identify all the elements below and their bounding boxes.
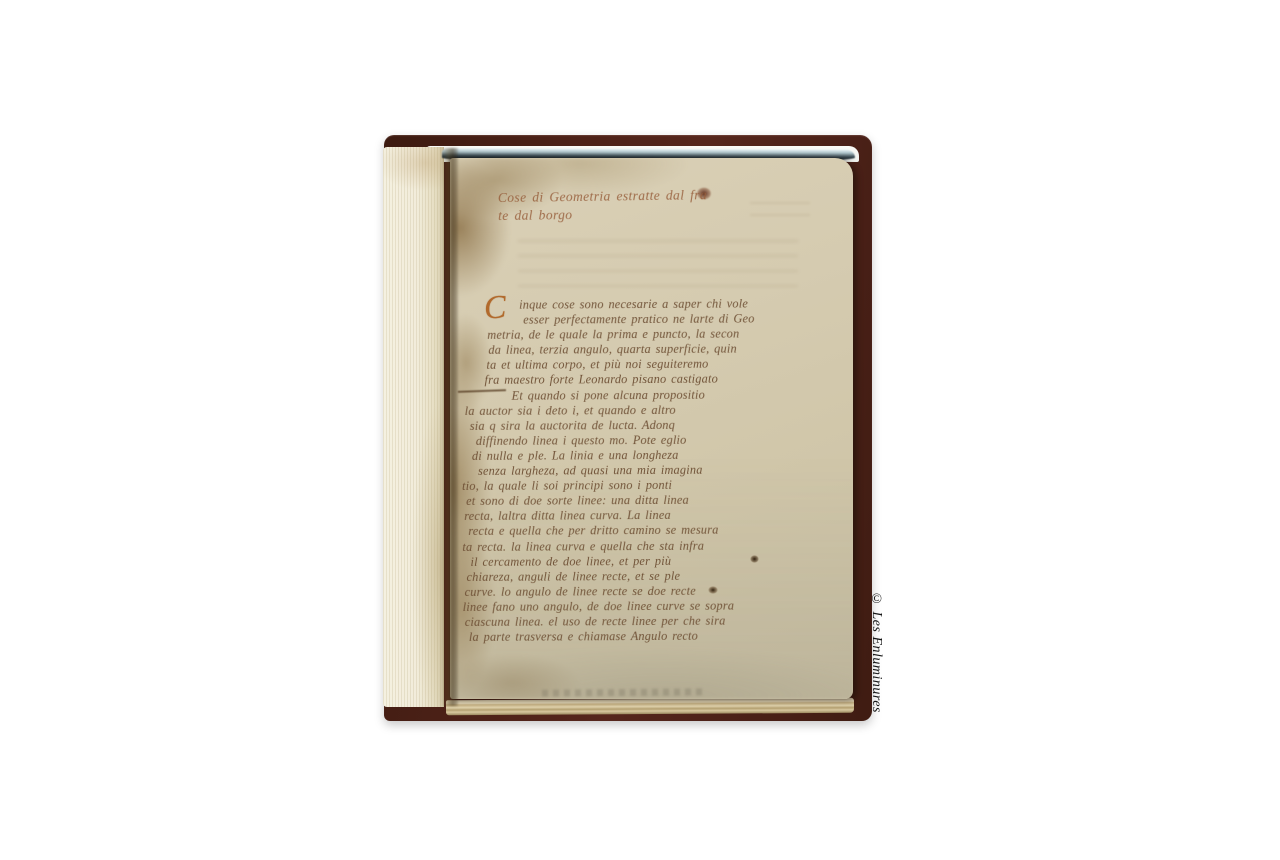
text-line: inque cose sono necesarie a saper chi vo…	[519, 296, 833, 313]
copyright-watermark: © Les Enluminures	[868, 592, 884, 713]
text-line: la parte trasversa e chiamase Angulo rec…	[469, 628, 835, 645]
manuscript-text: inque cose sono necesarie a saper chi vo…	[461, 296, 835, 645]
manuscript-title: Cose di Geometria estratte dal fra te da…	[498, 185, 798, 225]
photo-stage: Cose di Geometria estratte dal fra te da…	[0, 0, 1280, 860]
ink-blot	[708, 586, 718, 594]
text-line: esser perfectamente pratico ne larte di …	[523, 311, 833, 328]
page-edges-bottom	[446, 698, 854, 715]
book-photo: Cose di Geometria estratte dal fra te da…	[384, 135, 872, 721]
ink-blot	[750, 555, 759, 563]
text-line: Et quando si pone alcuna propositio	[512, 387, 834, 404]
gutter-shadow	[441, 148, 458, 706]
faint-inscription	[542, 688, 702, 696]
show-through-text	[518, 240, 798, 288]
manuscript-page: Cose di Geometria estratte dal fra te da…	[450, 158, 853, 699]
facing-page	[383, 147, 444, 707]
